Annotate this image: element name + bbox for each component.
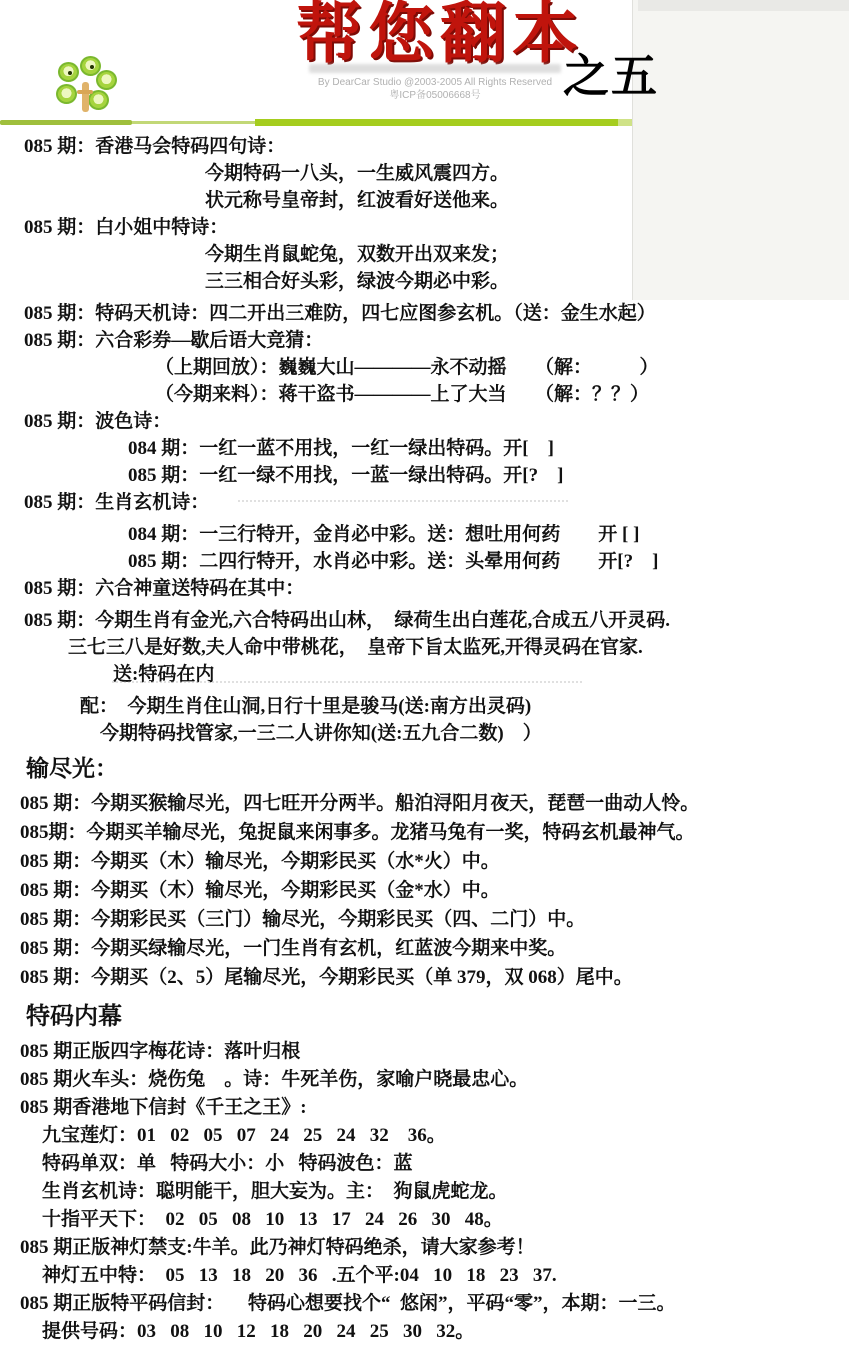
text-line: 085 期：今期买绿输尽光，一门生肖有玄机，红蓝波今期来中奖。 [0,934,849,963]
text-line: 三七三八是好数,夫人命中带桃花， 皇帝下旨太监死,开得灵码在官家. [0,634,849,661]
text-line: 085 期：今期买（木）输尽光，今期彩民买（金*水）中。 [0,876,849,905]
green-divider [0,118,632,126]
leaf-icon [56,84,77,104]
content: 085 期：香港马会特码四句诗：今期特码一八头，一生威风震四方。状元称号皇帝封，… [0,133,849,1345]
text-line: 配： 今期生肖住山洞,日行十里是骏马(送:南方出灵码) [0,693,849,720]
text-line: 085 期：波色诗： [0,408,849,435]
text-line: 085 期：六合彩券—歇后语大竞猜： [0,327,849,354]
section-neimu-lines: 085 期正版四字梅花诗：落叶归根085 期火车头：烧伤兔 。诗：牛死羊伤，家喻… [0,1038,849,1345]
text-line: 十指平天下： 02 05 08 10 13 17 24 26 30 48。 [0,1206,849,1234]
watermark: By DearCar Studio @2003-2005 All Rights … [300,64,570,102]
text-line: 特码单双：单 特码大小：小 特码波色：蓝 [0,1150,849,1178]
scan-artifact [112,681,582,683]
text-line: 085 期：六合神童送特码在其中： [0,575,849,602]
text-line: 085期：今期买羊输尽光，兔捉鼠来闲事多。龙猪马兔有一奖，特码玄机最神气。 [0,818,849,847]
text-line: 今期特码一八头，一生威风震四方。 [0,160,849,187]
text-line: 085 期香港地下信封《千王之王》: [0,1094,849,1122]
text-line: 神灯五中特： 05 13 18 20 36 .五个平:04 10 18 23 3… [0,1262,849,1290]
text-line: 085 期正版神灯禁支:牛羊。此乃神灯特码绝杀，请大家参考！ [0,1234,849,1262]
text-line: 084 期：一三行特开，金肖必中彩。送：想吐用何药 开 [ ] [0,521,849,548]
text-line: 提供号码：03 08 10 12 18 20 24 25 30 32。 [0,1318,849,1345]
watermark-copyright: By DearCar Studio @2003-2005 All Rights … [300,76,570,89]
text-line: 085 期：今期彩民买（三门）输尽光，今期彩民买（四、二门）中。 [0,905,849,934]
page-title: 帮您翻本 [296,2,586,68]
section-neimu: 特码内幕 085 期正版四字梅花诗：落叶归根085 期火车头：烧伤兔 。诗：牛死… [0,1000,849,1345]
watermark-blur-line [309,64,561,73]
text-line: 085 期：今期买（木）输尽光，今期彩民买（水*火）中。 [0,847,849,876]
text-line: 085 期：白小姐中特诗： [0,214,849,241]
text-line: 生肖玄机诗：聪明能干，胆大妄为。主： 狗鼠虎蛇龙。 [0,1178,849,1206]
text-line: 085 期：生肖玄机诗： [0,489,849,516]
text-line: 085 期：今期生肖有金光,六合特码出山林， 绿荷生出白莲花,合成五八开灵码. [0,607,849,634]
text-line: 三三相合好头彩，绿波今期必中彩。 [0,268,849,295]
text-line: 085 期：今期买猴输尽光，四七旺开分两半。船泊浔阳月夜天，琵琶一曲动人怜。 [0,789,849,818]
text-line: 085 期：一红一绿不用找，一蓝一绿出特码。开[? ] [0,462,849,489]
text-line: 084 期：一红一蓝不用找，一红一绿出特码。开[ ] [0,435,849,462]
text-line: 085 期：香港马会特码四句诗： [0,133,849,160]
leaf-icon [96,70,117,90]
section-heading-shujinguang: 输尽光： [0,753,849,785]
text-line: 085 期：特码天机诗：四二开出三难防，四七应图参玄机。（送：金生水起） [0,300,849,327]
scan-artifact [238,500,568,502]
text-line: 085 期：今期买（2、5）尾输尽光，今期彩民买（单 379，双 068）尾中。 [0,963,849,992]
section-top-tips: 085 期：香港马会特码四句诗：今期特码一八头，一生威风震四方。状元称号皇帝封，… [0,133,849,747]
trunk [82,82,89,112]
text-line: 今期生肖鼠蛇兔，双数开出双来发； [0,241,849,268]
text-line: 九宝莲灯：01 02 05 07 24 25 24 32 36。 [0,1122,849,1150]
section-heading-neimu: 特码内幕 [0,1000,849,1034]
text-line: 085 期正版特平码信封： 特码心想要找个“ 悠闲”，平码“零”，本期：一三。 [0,1290,849,1318]
text-line: 085 期：二四行特开，水肖必中彩。送：头晕用何药 开[? ] [0,548,849,575]
section-shujinguang: 输尽光： 085 期：今期买猴输尽光，四七旺开分两半。船泊浔阳月夜天，琵琶一曲动… [0,753,849,992]
text-line: （上期回放）：巍巍大山————永不动摇 （解： ） [0,354,849,381]
leaf-icon [58,62,79,82]
section-shujinguang-lines: 085 期：今期买猴输尽光，四七旺开分两半。船泊浔阳月夜天，琵琶一曲动人怜。08… [0,789,849,992]
page-title-suffix: 之五 [563,40,659,106]
header: 帮您翻本 之五 By DearCar Studio @2003-2005 All… [0,0,849,133]
text-line: 今期特码找管家,一三二人讲你知(送:五九合二数) ） [0,720,849,747]
text-line: 送:特码在内 [0,661,849,688]
text-line: 085 期火车头：烧伤兔 。诗：牛死羊伤，家喻户晓最忠心。 [0,1066,849,1094]
text-line: （今期来料）：蒋干盗书————上了大当 （解：？？） [0,381,849,408]
text-line: 085 期正版四字梅花诗：落叶归根 [0,1038,849,1066]
watermark-icp: 粤ICP备05006668号 [300,89,570,102]
tree-logo-icon [56,56,114,120]
text-line: 状元称号皇帝封，红波看好送他来。 [0,187,849,214]
